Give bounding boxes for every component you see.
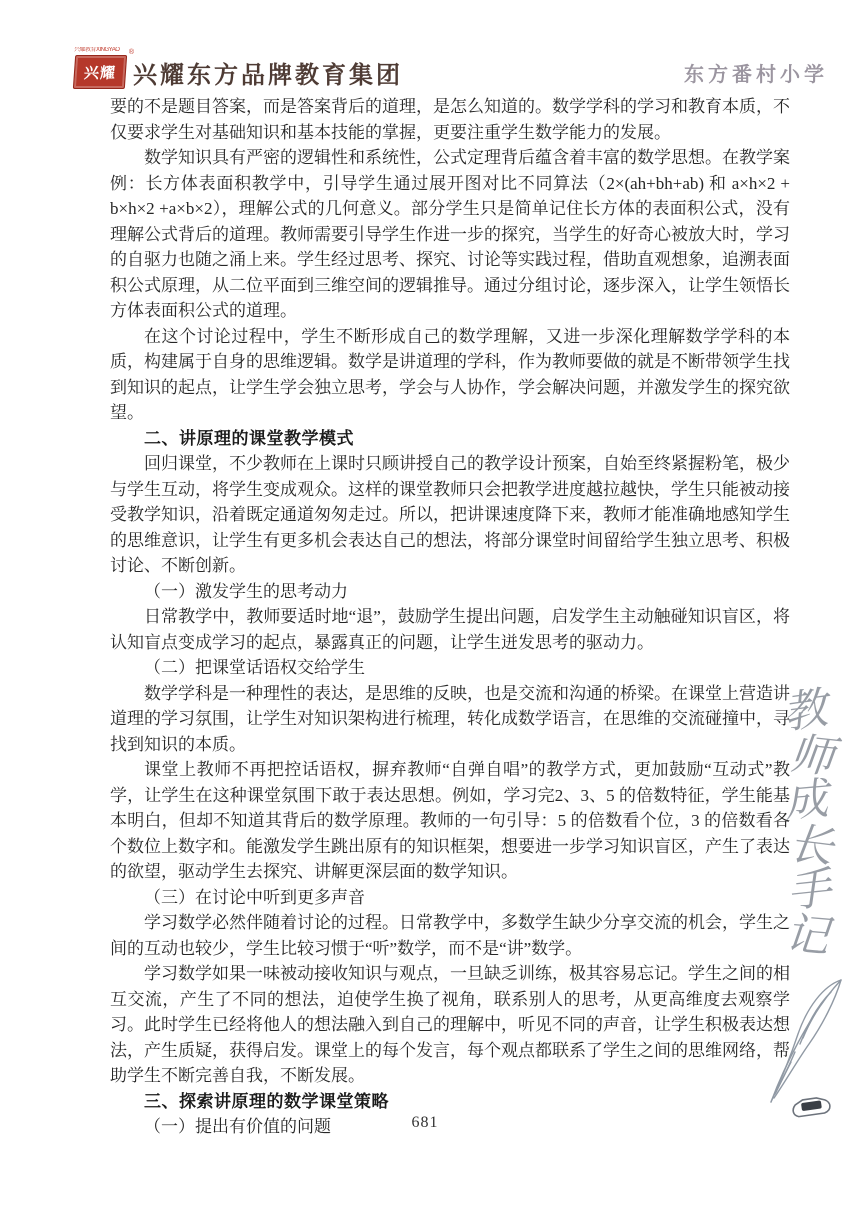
body-paragraph: 课堂上教师不再把控话语权，摒弃教师“自弹自唱”的教学方式，更加鼓励“互动式”教学… — [110, 757, 790, 885]
subsection-heading: （一）激发学生的思考动力 — [110, 579, 790, 605]
watermark-char: 师 — [788, 731, 836, 780]
logo-small-text: 兴耀教育XINGYAO — [74, 47, 128, 54]
body-paragraph: 学习数学如果一味被动接收知识与观点，一旦缺乏训练，极其容易忘记。学生之间的相互交… — [110, 961, 790, 1089]
body-paragraph: 数学学科是一种理性的表达，是思维的反映，也是交流和沟通的桥梁。在课堂上营造讲道理… — [110, 681, 790, 758]
body-paragraph: 日常教学中，教师要适时地“退”，鼓励学生提出问题，启发学生主动触碰知识盲区，将认… — [110, 604, 790, 655]
body-paragraph: 在这个讨论过程中，学生不断形成自己的数学理解，又进一步深化理解数学学科的本质，构… — [110, 324, 790, 426]
watermark-char: 手 — [785, 866, 833, 915]
quill-ink-icon — [765, 972, 850, 1132]
subsection-heading: （三）在讨论中听到更多声音 — [110, 885, 790, 911]
watermark-char: 长 — [786, 821, 835, 871]
body-paragraph: 数学知识具有严密的逻辑性和系统性，公式定理背后蕴含着丰富的数学思想。在教学案例：… — [110, 145, 790, 324]
body-paragraph: 回归课堂，不少教师在上课时只顾讲授自己的教学设计预案，自始至终紧握粉笔，极少与学… — [110, 451, 790, 579]
brand-title: 兴耀东方品牌教育集团 — [133, 55, 403, 90]
body-paragraph: 学习数学必然伴随着讨论的过程。日常教学中，多数学生缺少分享交流的机会，学生之间的… — [110, 910, 790, 961]
section-heading: 三、探索讲原理的数学课堂策略 — [110, 1089, 790, 1115]
watermark-char: 记 — [783, 911, 831, 960]
page-number: 681 — [0, 1114, 850, 1132]
body-paragraph: 要的不是题目答案，而是答案背后的道理，是怎么知道的。数学学科的学习和教育本质，不… — [110, 94, 790, 145]
seal-characters: 兴耀 — [83, 62, 116, 83]
school-name: 东方番村小学 — [684, 58, 828, 87]
page-header: 兴耀教育XINGYAO 兴耀 ® 兴耀东方品牌教育集团 东方番村小学 — [0, 0, 850, 100]
subsection-heading: （二）把课堂话语权交给学生 — [110, 655, 790, 681]
document-body: 要的不是题目答案，而是答案背后的道理，是怎么知道的。数学学科的学习和教育本质，不… — [110, 94, 790, 1140]
brand-logo: 兴耀教育XINGYAO 兴耀 ® — [74, 47, 130, 93]
section-heading: 二、讲原理的课堂教学模式 — [110, 426, 790, 452]
brand-seal-icon: 兴耀 — [73, 55, 127, 89]
